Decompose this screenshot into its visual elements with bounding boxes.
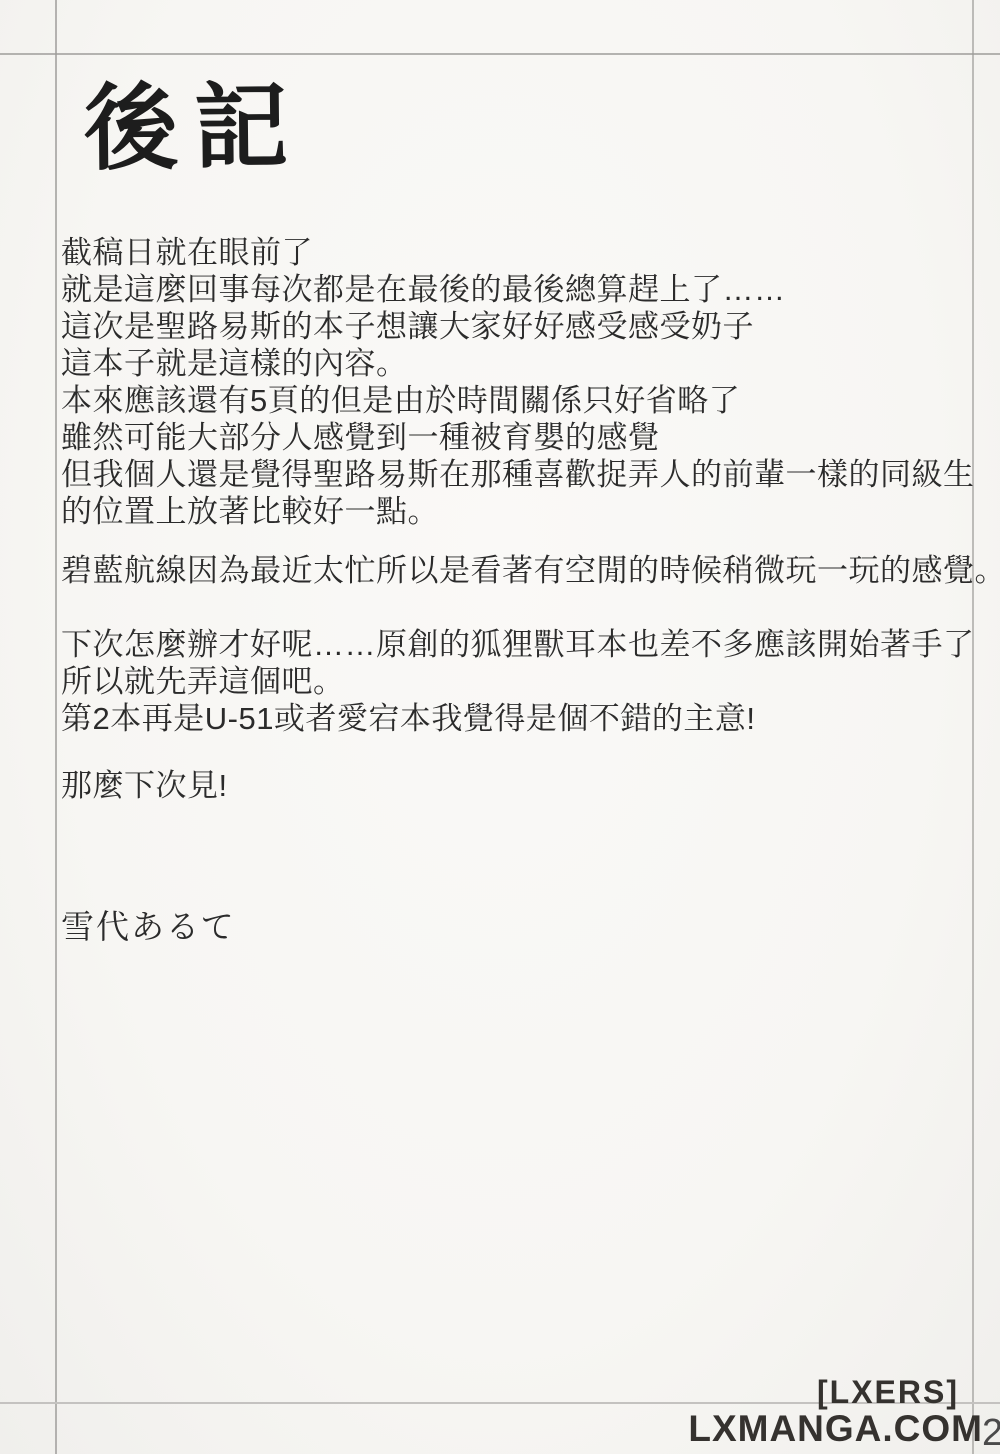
paragraph-2: 碧藍航線因為最近太忙所以是看著有空閒的時候稍微玩一玩的感覺。 <box>61 552 1000 589</box>
paragraph-4: 那麼下次見! <box>61 767 1000 804</box>
text-line: 碧藍航線因為最近太忙所以是看著有空閒的時候稍微玩一玩的感覺。 <box>61 552 1000 589</box>
page-number: 2 <box>982 1412 1000 1454</box>
paragraph-1: 截稿日就在眼前了 就是這麼回事每次都是在最後的最後總算趕上了…… 這次是聖路易斯… <box>61 234 1000 530</box>
text-line: 截稿日就在眼前了 <box>61 234 1000 271</box>
watermark-group-tag: [LXERS] <box>688 1376 959 1408</box>
text-line: 這次是聖路易斯的本子想讓大家好好感受感受奶子 <box>61 308 1000 345</box>
text-line: 本來應該還有5頁的但是由於時間關係只好省略了 <box>61 382 1000 419</box>
manga-afterword-page: 後記 截稿日就在眼前了 就是這麼回事每次都是在最後的最後總算趕上了…… 這次是聖… <box>0 0 1000 1454</box>
scanlation-watermark: [LXERS] LXMANGA.COM <box>688 1376 983 1447</box>
text-line: 那麼下次見! <box>61 767 1000 804</box>
watermark-site-url: LXMANGA.COM <box>688 1410 983 1447</box>
afterword-title: 後記 <box>83 51 304 188</box>
afterword-body: 截稿日就在眼前了 就是這麼回事每次都是在最後的最後總算趕上了…… 這次是聖路易斯… <box>61 234 1000 804</box>
paragraph-3: 下次怎麼辦才好呢……原創的狐狸獸耳本也差不多應該開始著手了 所以就先弄這個吧。 … <box>61 626 1000 737</box>
frame-border-left <box>55 0 57 1454</box>
text-line: 雖然可能大部分人感覺到一種被育嬰的感覺 <box>61 419 1000 456</box>
text-line: 這本子就是這樣的內容。 <box>61 345 1000 382</box>
author-signature: 雪代あるて <box>61 901 236 948</box>
text-line: 第2本再是U-51或者愛宕本我覺得是個不錯的主意! <box>61 700 1000 737</box>
text-line: 但我個人還是覺得聖路易斯在那種喜歡捉弄人的前輩一樣的同級生 <box>61 456 1000 493</box>
text-line: 所以就先弄這個吧。 <box>61 663 1000 700</box>
text-line: 下次怎麼辦才好呢……原創的狐狸獸耳本也差不多應該開始著手了 <box>61 626 1000 663</box>
text-line: 就是這麼回事每次都是在最後的最後總算趕上了…… <box>61 271 1000 308</box>
text-line: 的位置上放著比較好一點。 <box>61 493 1000 530</box>
